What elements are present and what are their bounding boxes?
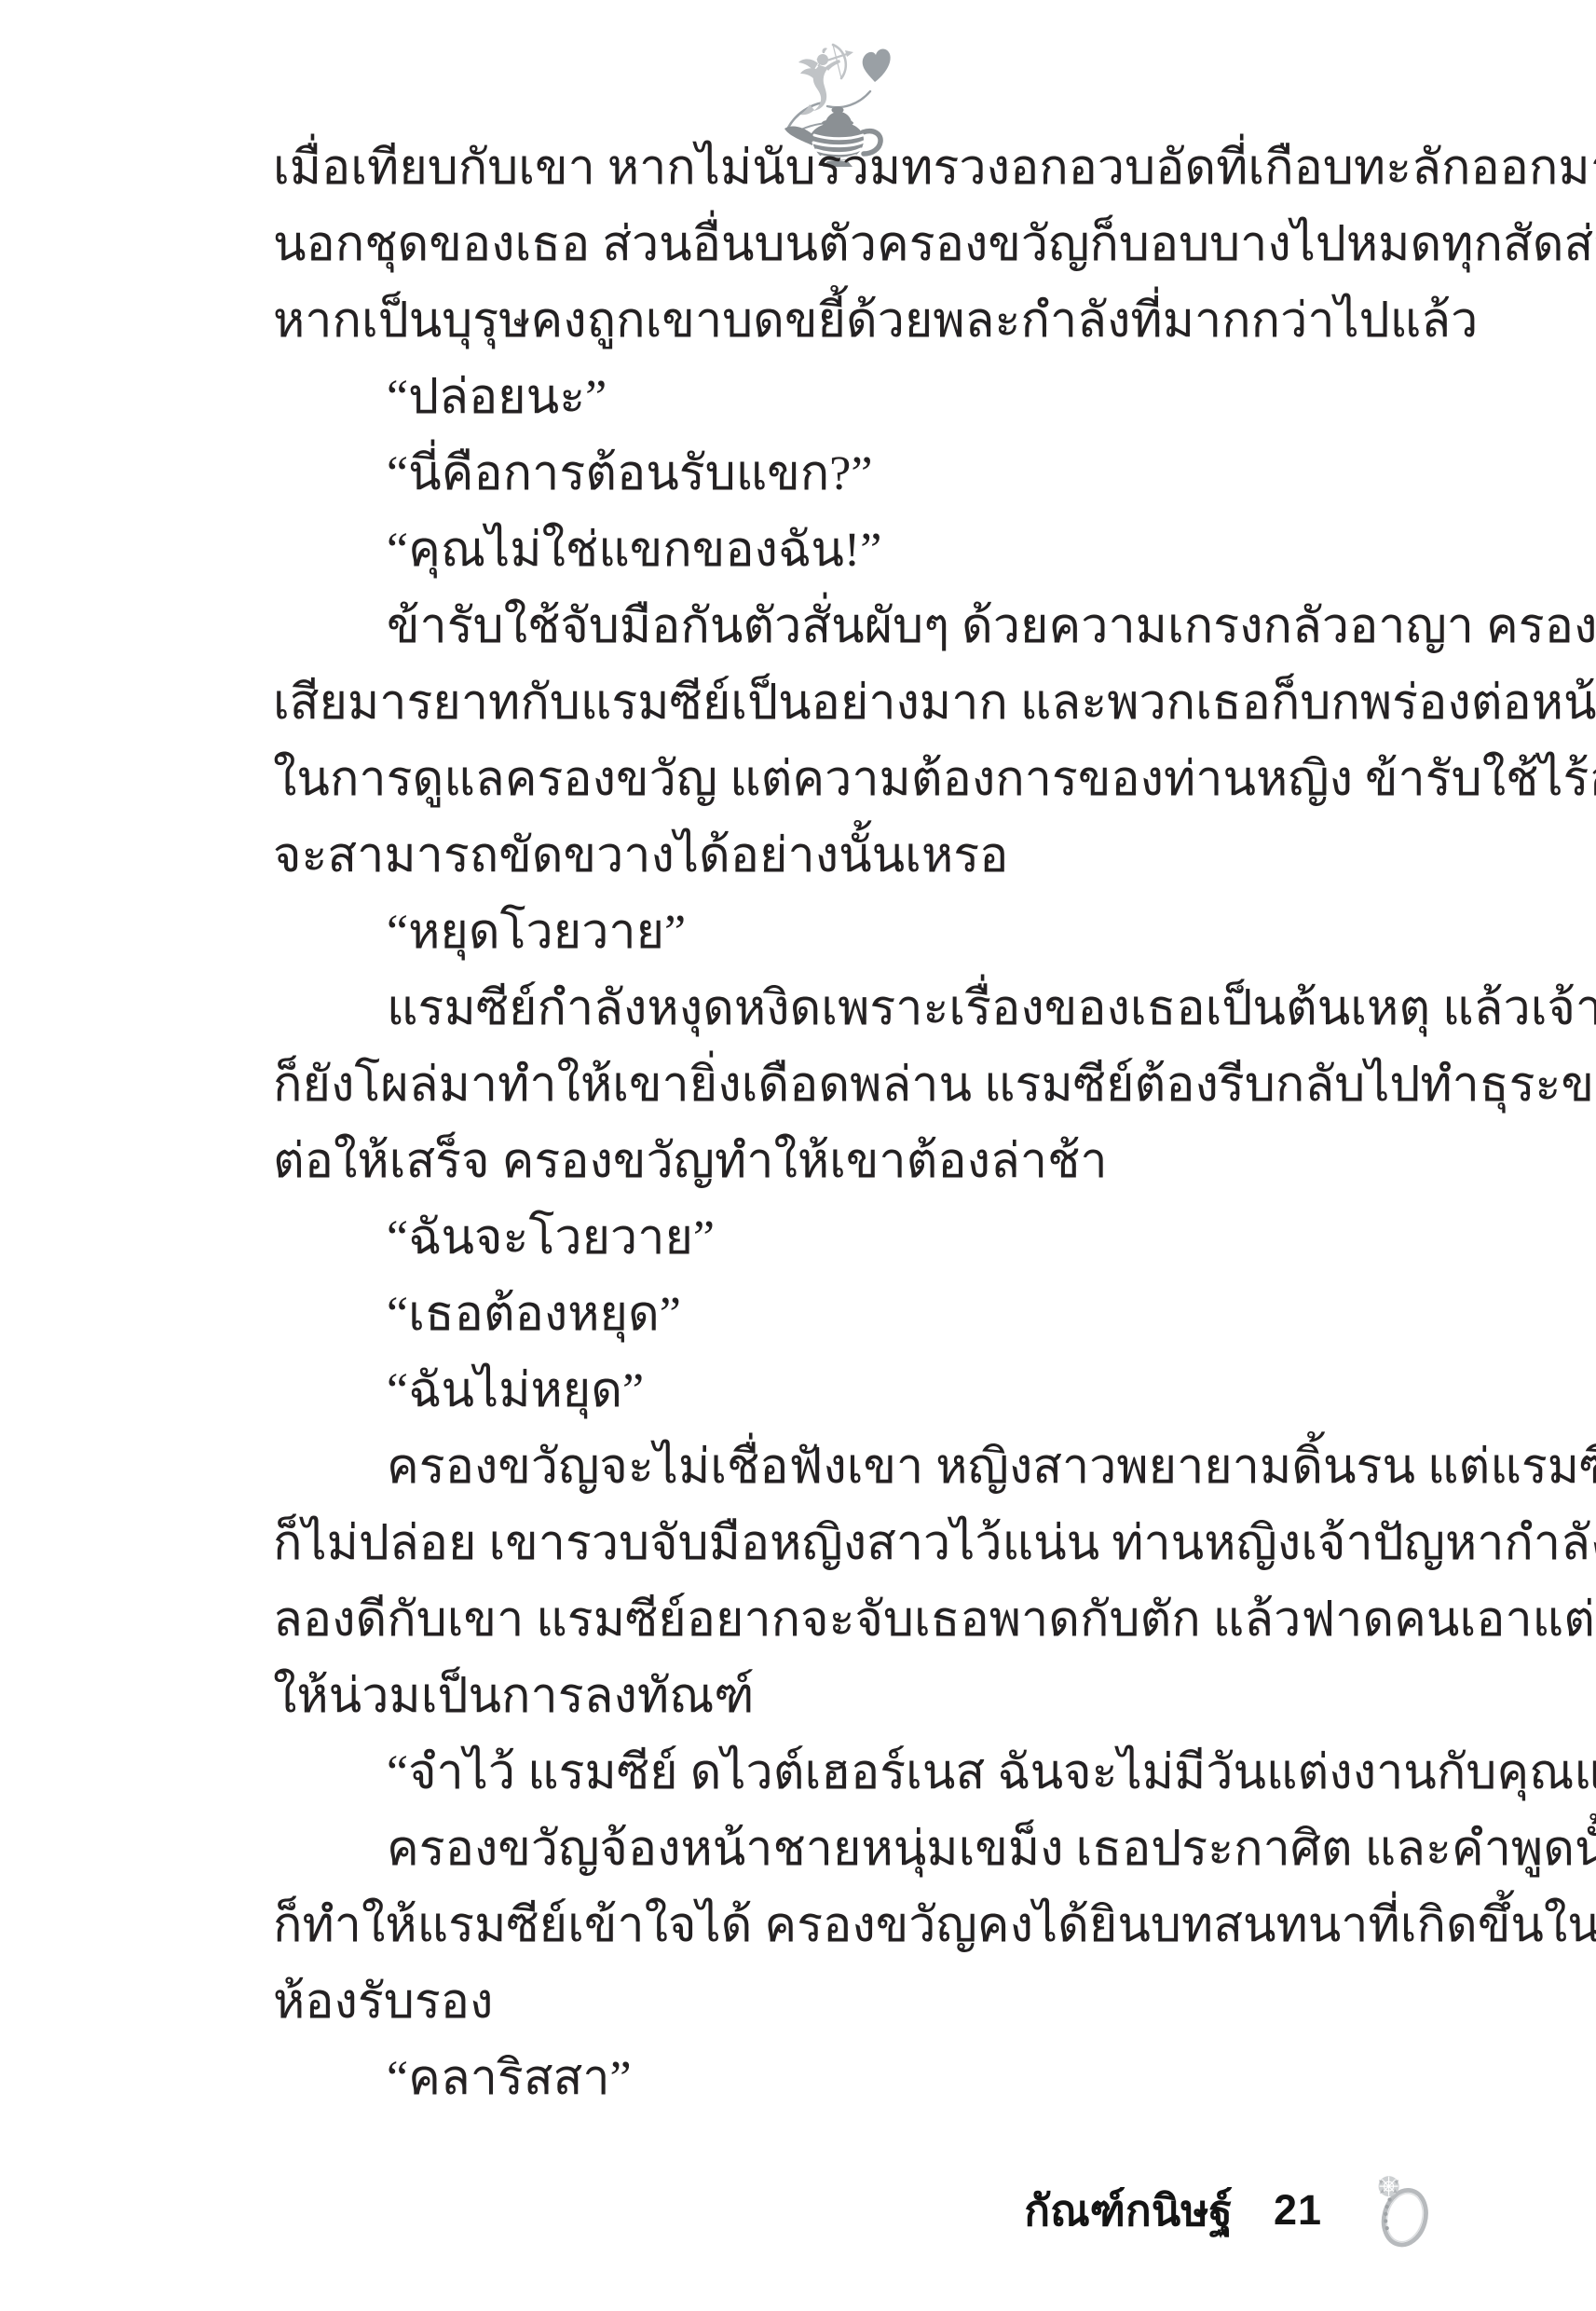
text-line: จะสามารถขัดขวางได้อย่างนั้นเหรอ xyxy=(273,818,1410,895)
text-line: ก็ทำให้แรมซีย์เข้าใจได้ ครองขวัญคงได้ยิน… xyxy=(273,1888,1410,1964)
diamond-ring-icon xyxy=(1363,2167,1439,2253)
footer-author: กัณฑ์กนิษฐ์ xyxy=(1024,2167,1233,2253)
text-line: ต่อให้เสร็จ ครองขวัญทำให้เขาต้องล่าช้า xyxy=(273,1124,1410,1200)
text-line: ข้ารับใช้จับมือกันตัวสั่นผับๆ ด้วยความเก… xyxy=(273,589,1410,665)
text-line: “นี่คือการต้อนรับแขก?” xyxy=(273,436,1410,513)
text-line: “หยุดโวยวาย” xyxy=(273,895,1410,971)
page-number: 21 xyxy=(1274,2167,1322,2253)
text-line: ในการดูแลครองขวัญ แต่ความต้องการของท่านห… xyxy=(273,742,1410,818)
text-line: แรมซีย์กำลังหงุดหงิดเพราะเรื่องของเธอเป็… xyxy=(273,971,1410,1047)
text-line: “คลาริสสา” xyxy=(273,2041,1410,2117)
text-line: ครองขวัญจะไม่เชื่อฟังเขา หญิงสาวพยายามดิ… xyxy=(273,1429,1410,1506)
text-line: “ปล่อยนะ” xyxy=(273,360,1410,436)
page-footer: กัณฑ์กนิษฐ์ 21 xyxy=(1024,2167,1439,2253)
text-line: ให้น่วมเป็นการลงทัณฑ์ xyxy=(273,1659,1410,1735)
text-line: “ฉันไม่หยุด” xyxy=(273,1353,1410,1429)
text-line: ครองขวัญจ้องหน้าชายหนุ่มเขม็ง เธอประกาศิ… xyxy=(273,1812,1410,1888)
book-page: { "document": { "kind": "thai-novel-page… xyxy=(0,0,1596,2311)
text-line: นอกชุดของเธอ ส่วนอื่นบนตัวครองขวัญก็บอบบ… xyxy=(273,207,1410,283)
text-line: ก็ไม่ปล่อย เขารวบจับมือหญิงสาวไว้แน่น ท่… xyxy=(273,1506,1410,1582)
text-line: ก็ยังโผล่มาทำให้เขายิ่งเดือดพล่าน แรมซีย… xyxy=(273,1047,1410,1124)
text-line: “เธอต้องหยุด” xyxy=(273,1277,1410,1353)
text-line: ลองดีกับเขา แรมซีย์อยากจะจับเธอพาดกับตัก… xyxy=(273,1582,1410,1659)
text-line: หากเป็นบุรุษคงถูกเขาบดขยี้ด้วยพละกำลังที… xyxy=(273,283,1410,360)
text-line: “จำไว้ แรมซีย์ ดไวต์เฮอร์เนส ฉันจะไม่มีว… xyxy=(273,1735,1410,1812)
text-line: “ฉันจะโวยวาย” xyxy=(273,1200,1410,1277)
text-line: ห้องรับรอง xyxy=(273,1964,1410,2041)
body-text: เมื่อเทียบกับเขา หากไม่นับรวมทรวงอกอวบอั… xyxy=(273,130,1410,2117)
text-line: เมื่อเทียบกับเขา หากไม่นับรวมทรวงอกอวบอั… xyxy=(273,130,1410,207)
text-line: เสียมารยาทกับแรมซีย์เป็นอย่างมาก และพวกเ… xyxy=(273,665,1410,742)
text-line: “คุณไม่ใช่แขกของฉัน!” xyxy=(273,513,1410,589)
